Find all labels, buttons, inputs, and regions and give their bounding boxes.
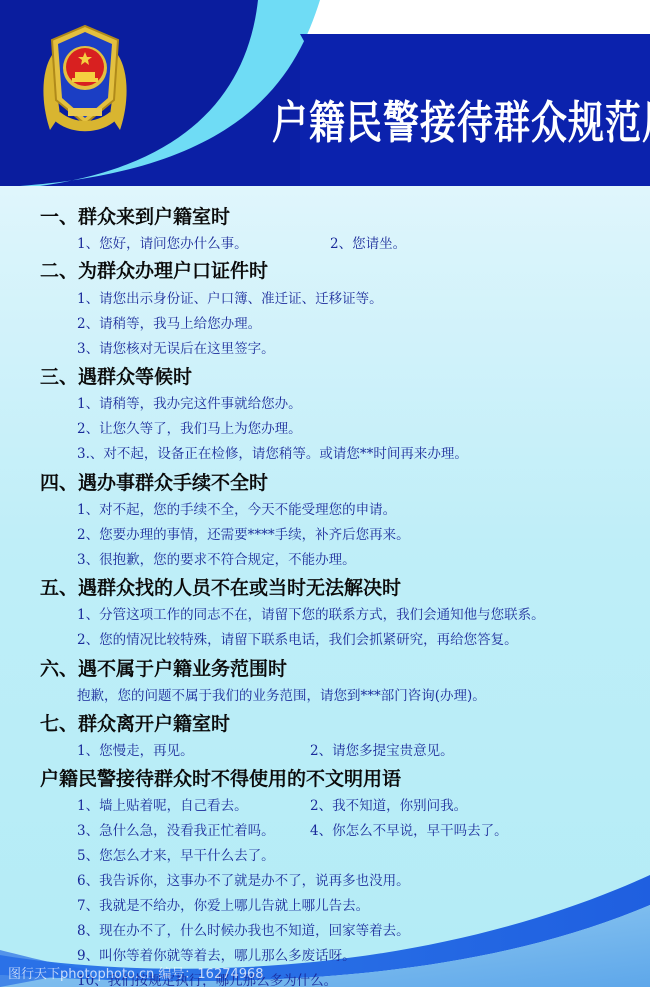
list-item: 2、请稍等，我马上给您办理。 [77, 312, 261, 332]
section-heading-3: 三、遇群众等候时 [40, 362, 192, 389]
list-item: 3、很抱歉，您的要求不符合规定，不能办理。 [77, 548, 356, 568]
list-item: 3.、对不起，设备正在检修，请您稍等。或请您**时间再来办理。 [77, 442, 468, 462]
section-heading-7: 七、群众离开户籍室时 [40, 709, 230, 736]
list-item: 3、急什么急，没看我正忙着吗。 [77, 819, 275, 839]
section-heading-1: 一、群众来到户籍室时 [40, 202, 230, 229]
section-heading-5: 五、遇群众找的人员不在或当时无法解决时 [40, 573, 401, 600]
list-item: 1、您好，请问您办什么事。 [77, 232, 248, 252]
page-title: 户籍民警接待群众规范用语 [272, 88, 650, 152]
list-item: 2、您要办理的事情，还需要****手续，补齐后您再来。 [77, 523, 410, 543]
list-item: 2、让您久等了，我们马上为您办理。 [77, 417, 302, 437]
list-item: 1、分管这项工作的同志不在，请留下您的联系方式，我们会通知他与您联系。 [77, 603, 545, 623]
list-item: 7、我就是不给办，你爱上哪儿告就上哪儿告去。 [77, 894, 369, 914]
list-item: 2、您请坐。 [330, 232, 406, 252]
section-heading-4: 四、遇办事群众手续不全时 [40, 468, 268, 495]
section-heading-2: 二、为群众办理户口证件时 [40, 256, 268, 283]
list-item: 3、请您核对无误后在这里签字。 [77, 337, 275, 357]
list-item: 1、请您出示身份证、户口簿、准迁证、迁移证等。 [77, 287, 383, 307]
list-item: 9、叫你等着你就等着去，哪儿那么多废话呀。 [77, 944, 356, 964]
list-item: 2、您的情况比较特殊，请留下联系电话，我们会抓紧研究，再给您答复。 [77, 628, 518, 648]
list-item: 5、您怎么才来，早干什么去了。 [77, 844, 275, 864]
section-heading-6: 六、遇不属于户籍业务范围时 [40, 654, 287, 681]
list-item: 8、现在办不了，什么时候办我也不知道，回家等着去。 [77, 919, 410, 939]
list-item: 1、您慢走，再见。 [77, 739, 194, 759]
section-heading-8: 户籍民警接待群众时不得使用的不文明用语 [40, 764, 401, 791]
list-item: 1、请稍等，我办完这件事就给您办。 [77, 392, 302, 412]
list-item: 2、请您多提宝贵意见。 [310, 739, 454, 759]
police-emblem-icon [40, 20, 130, 138]
list-item: 抱歉，您的问题不属于我们的业务范围，请您到***部门咨询(办理)。 [77, 684, 486, 704]
list-item: 4、你怎么不早说，早干吗去了。 [310, 819, 508, 839]
list-item: 6、我告诉你，这事办不了就是办不了，说再多也没用。 [77, 869, 410, 889]
watermark: 图行天下photophoto.cn 编号：16274968 [8, 963, 264, 982]
header-banner: 户籍民警接待群众规范用语 [0, 0, 650, 186]
list-item: 2、我不知道，你别问我。 [310, 794, 467, 814]
list-item: 1、墙上贴着呢，自己看去。 [77, 794, 248, 814]
list-item: 1、对不起，您的手续不全，今天不能受理您的申请。 [77, 498, 396, 518]
